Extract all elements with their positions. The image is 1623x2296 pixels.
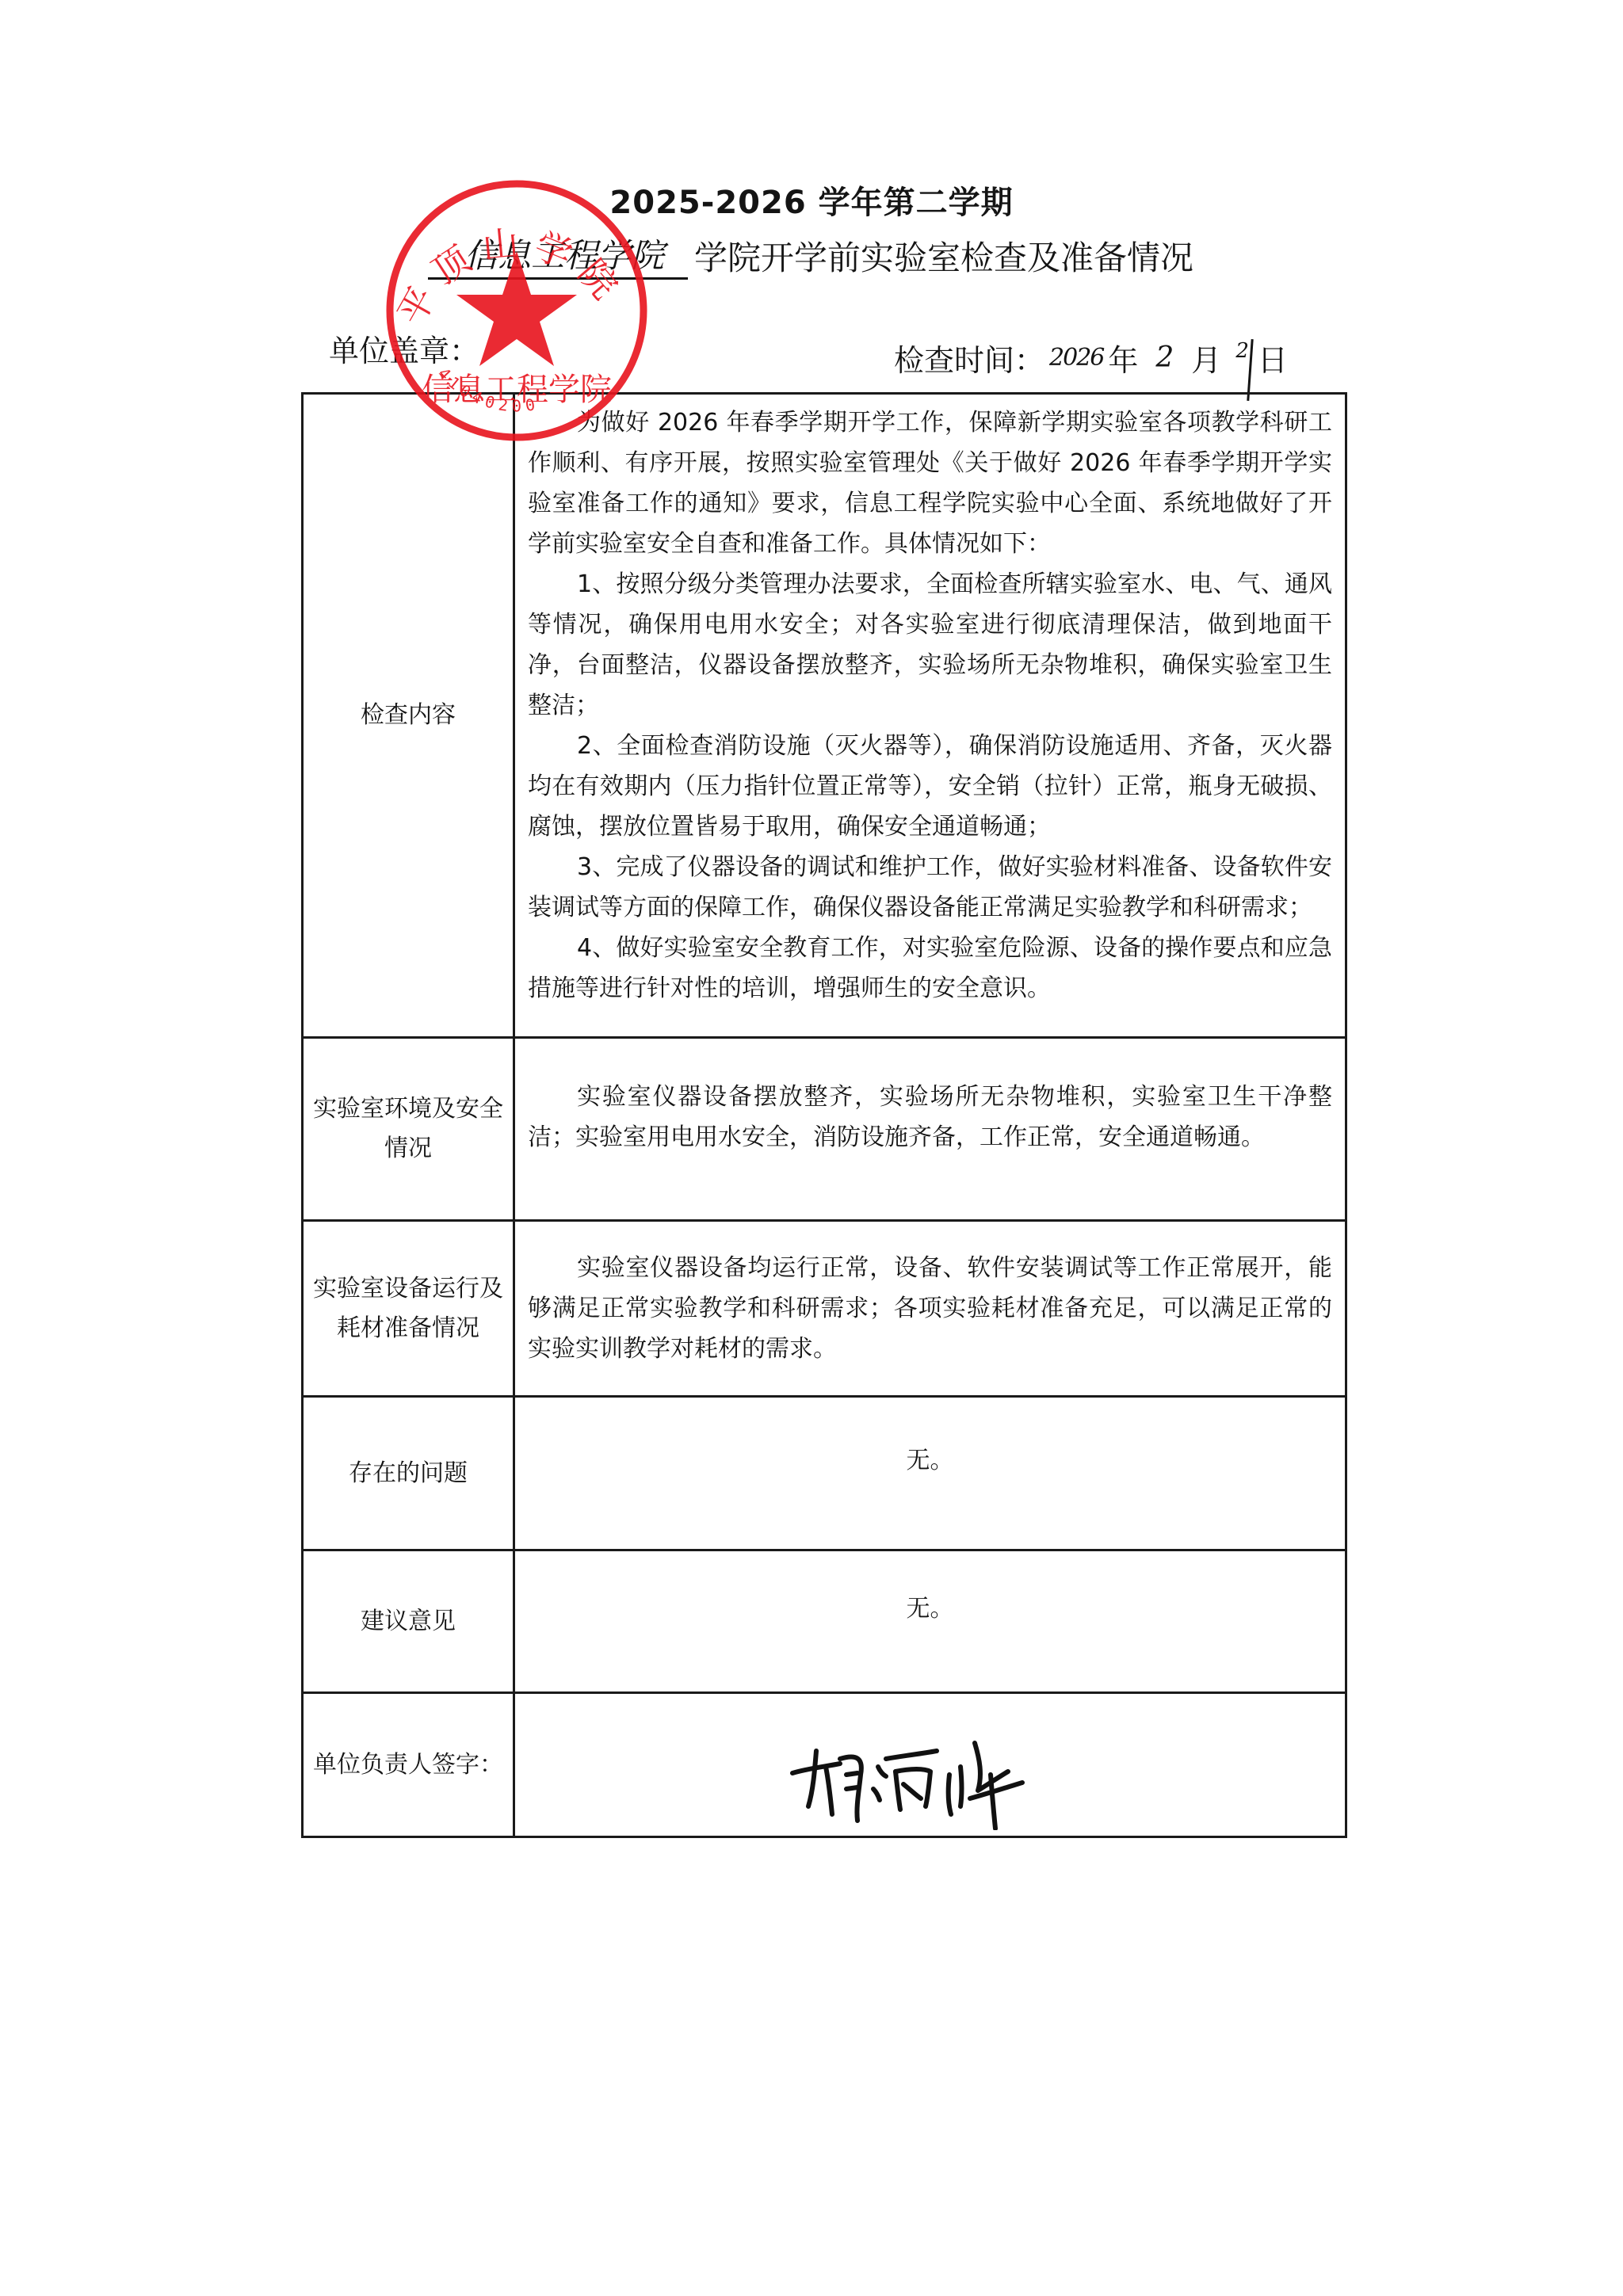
date-day-handwritten: 2 xyxy=(1235,339,1249,363)
table-row-existing-problems: 存在的问题 无。 xyxy=(303,1397,1346,1550)
inspection-table: 检查内容 为做好 2026 年春季学期开学工作，保障新学期实验室各项教学科研工作… xyxy=(301,392,1347,1838)
row-label: 建议意见 xyxy=(303,1550,514,1693)
content-paragraph: 实验室仪器设备均运行正常，设备、软件安装调试等工作正常展开，能够满足正常实验教学… xyxy=(528,1248,1332,1369)
row-label: 实验室设备运行及耗材准备情况 xyxy=(303,1221,514,1397)
content-paragraph: 为做好 2026 年春季学期开学工作，保障新学期实验室各项教学科研工作顺利、有序… xyxy=(528,402,1332,564)
document-title-suffix: 学院开学前实验室检查及准备情况 xyxy=(694,232,1193,280)
row-content: 为做好 2026 年春季学期开学工作，保障新学期实验室各项教学科研工作顺利、有序… xyxy=(514,394,1346,1038)
table-row-inspection-content: 检查内容 为做好 2026 年春季学期开学工作，保障新学期实验室各项教学科研工作… xyxy=(303,394,1346,1038)
row-content: 实验室仪器设备摆放整齐，实验场所无杂物堆积，实验室卫生干净整洁；实验室用电用水安… xyxy=(514,1038,1346,1221)
row-label: 单位负责人签字： xyxy=(303,1693,514,1837)
content-paragraph: 1、按照分级分类管理办法要求，全面检查所辖实验室水、电、气、通风等情况，确保用电… xyxy=(528,564,1332,726)
table-row-equipment-consumables: 实验室设备运行及耗材准备情况 实验室仪器设备均运行正常，设备、软件安装调试等工作… xyxy=(303,1221,1346,1397)
content-paragraph: 实验室仪器设备摆放整齐，实验场所无杂物堆积，实验室卫生干净整洁；实验室用电用水安… xyxy=(528,1077,1332,1181)
handwritten-signature xyxy=(785,1727,1070,1830)
inspection-date: 检查时间： 2026 年 2 月 2 日 xyxy=(894,326,1288,388)
row-value: 无。 xyxy=(514,1550,1346,1693)
content-paragraph: 3、完成了仪器设备的调试和维护工作，做好实验材料准备、设备软件安装调试等方面的保… xyxy=(528,847,1332,928)
row-label: 检查内容 xyxy=(303,394,514,1038)
date-year-char: 年 xyxy=(1108,336,1138,379)
document-title-line2: 信息工程学院 学院开学前实验室检查及准备情况 xyxy=(428,230,1193,280)
row-content: 实验室仪器设备均运行正常，设备、软件安装调试等工作正常展开，能够满足正常实验教学… xyxy=(514,1221,1346,1397)
document-title-line1: 2025-2026 学年第二学期 xyxy=(0,177,1623,223)
date-year-handwritten: 2026 xyxy=(1049,344,1103,372)
date-day-char: 日 xyxy=(1258,336,1288,379)
row-value: 无。 xyxy=(514,1397,1346,1550)
date-label: 检查时间： xyxy=(894,336,1044,379)
date-month-handwritten: 2 xyxy=(1155,341,1174,374)
seal-label: 单位盖章： xyxy=(329,326,479,370)
table-row-suggestions: 建议意见 无。 xyxy=(303,1550,1346,1693)
content-paragraph: 4、做好实验室安全教育工作，对实验室危险源、设备的操作要点和应急措施等进行针对性… xyxy=(528,928,1332,1009)
table-row-environment-safety: 实验室环境及安全情况 实验室仪器设备摆放整齐，实验场所无杂物堆积，实验室卫生干净… xyxy=(303,1038,1346,1221)
unit-name-field: 信息工程学院 xyxy=(428,230,688,280)
row-label: 存在的问题 xyxy=(303,1397,514,1550)
date-month-char: 月 xyxy=(1191,336,1221,379)
value-text: 无。 xyxy=(515,1440,1345,1507)
content-paragraph: 2、全面检查消防设施（灭火器等），确保消防设施适用、齐备，灭火器均在有效期内（压… xyxy=(528,726,1332,847)
value-text: 无。 xyxy=(515,1589,1345,1655)
row-label: 实验室环境及安全情况 xyxy=(303,1038,514,1221)
